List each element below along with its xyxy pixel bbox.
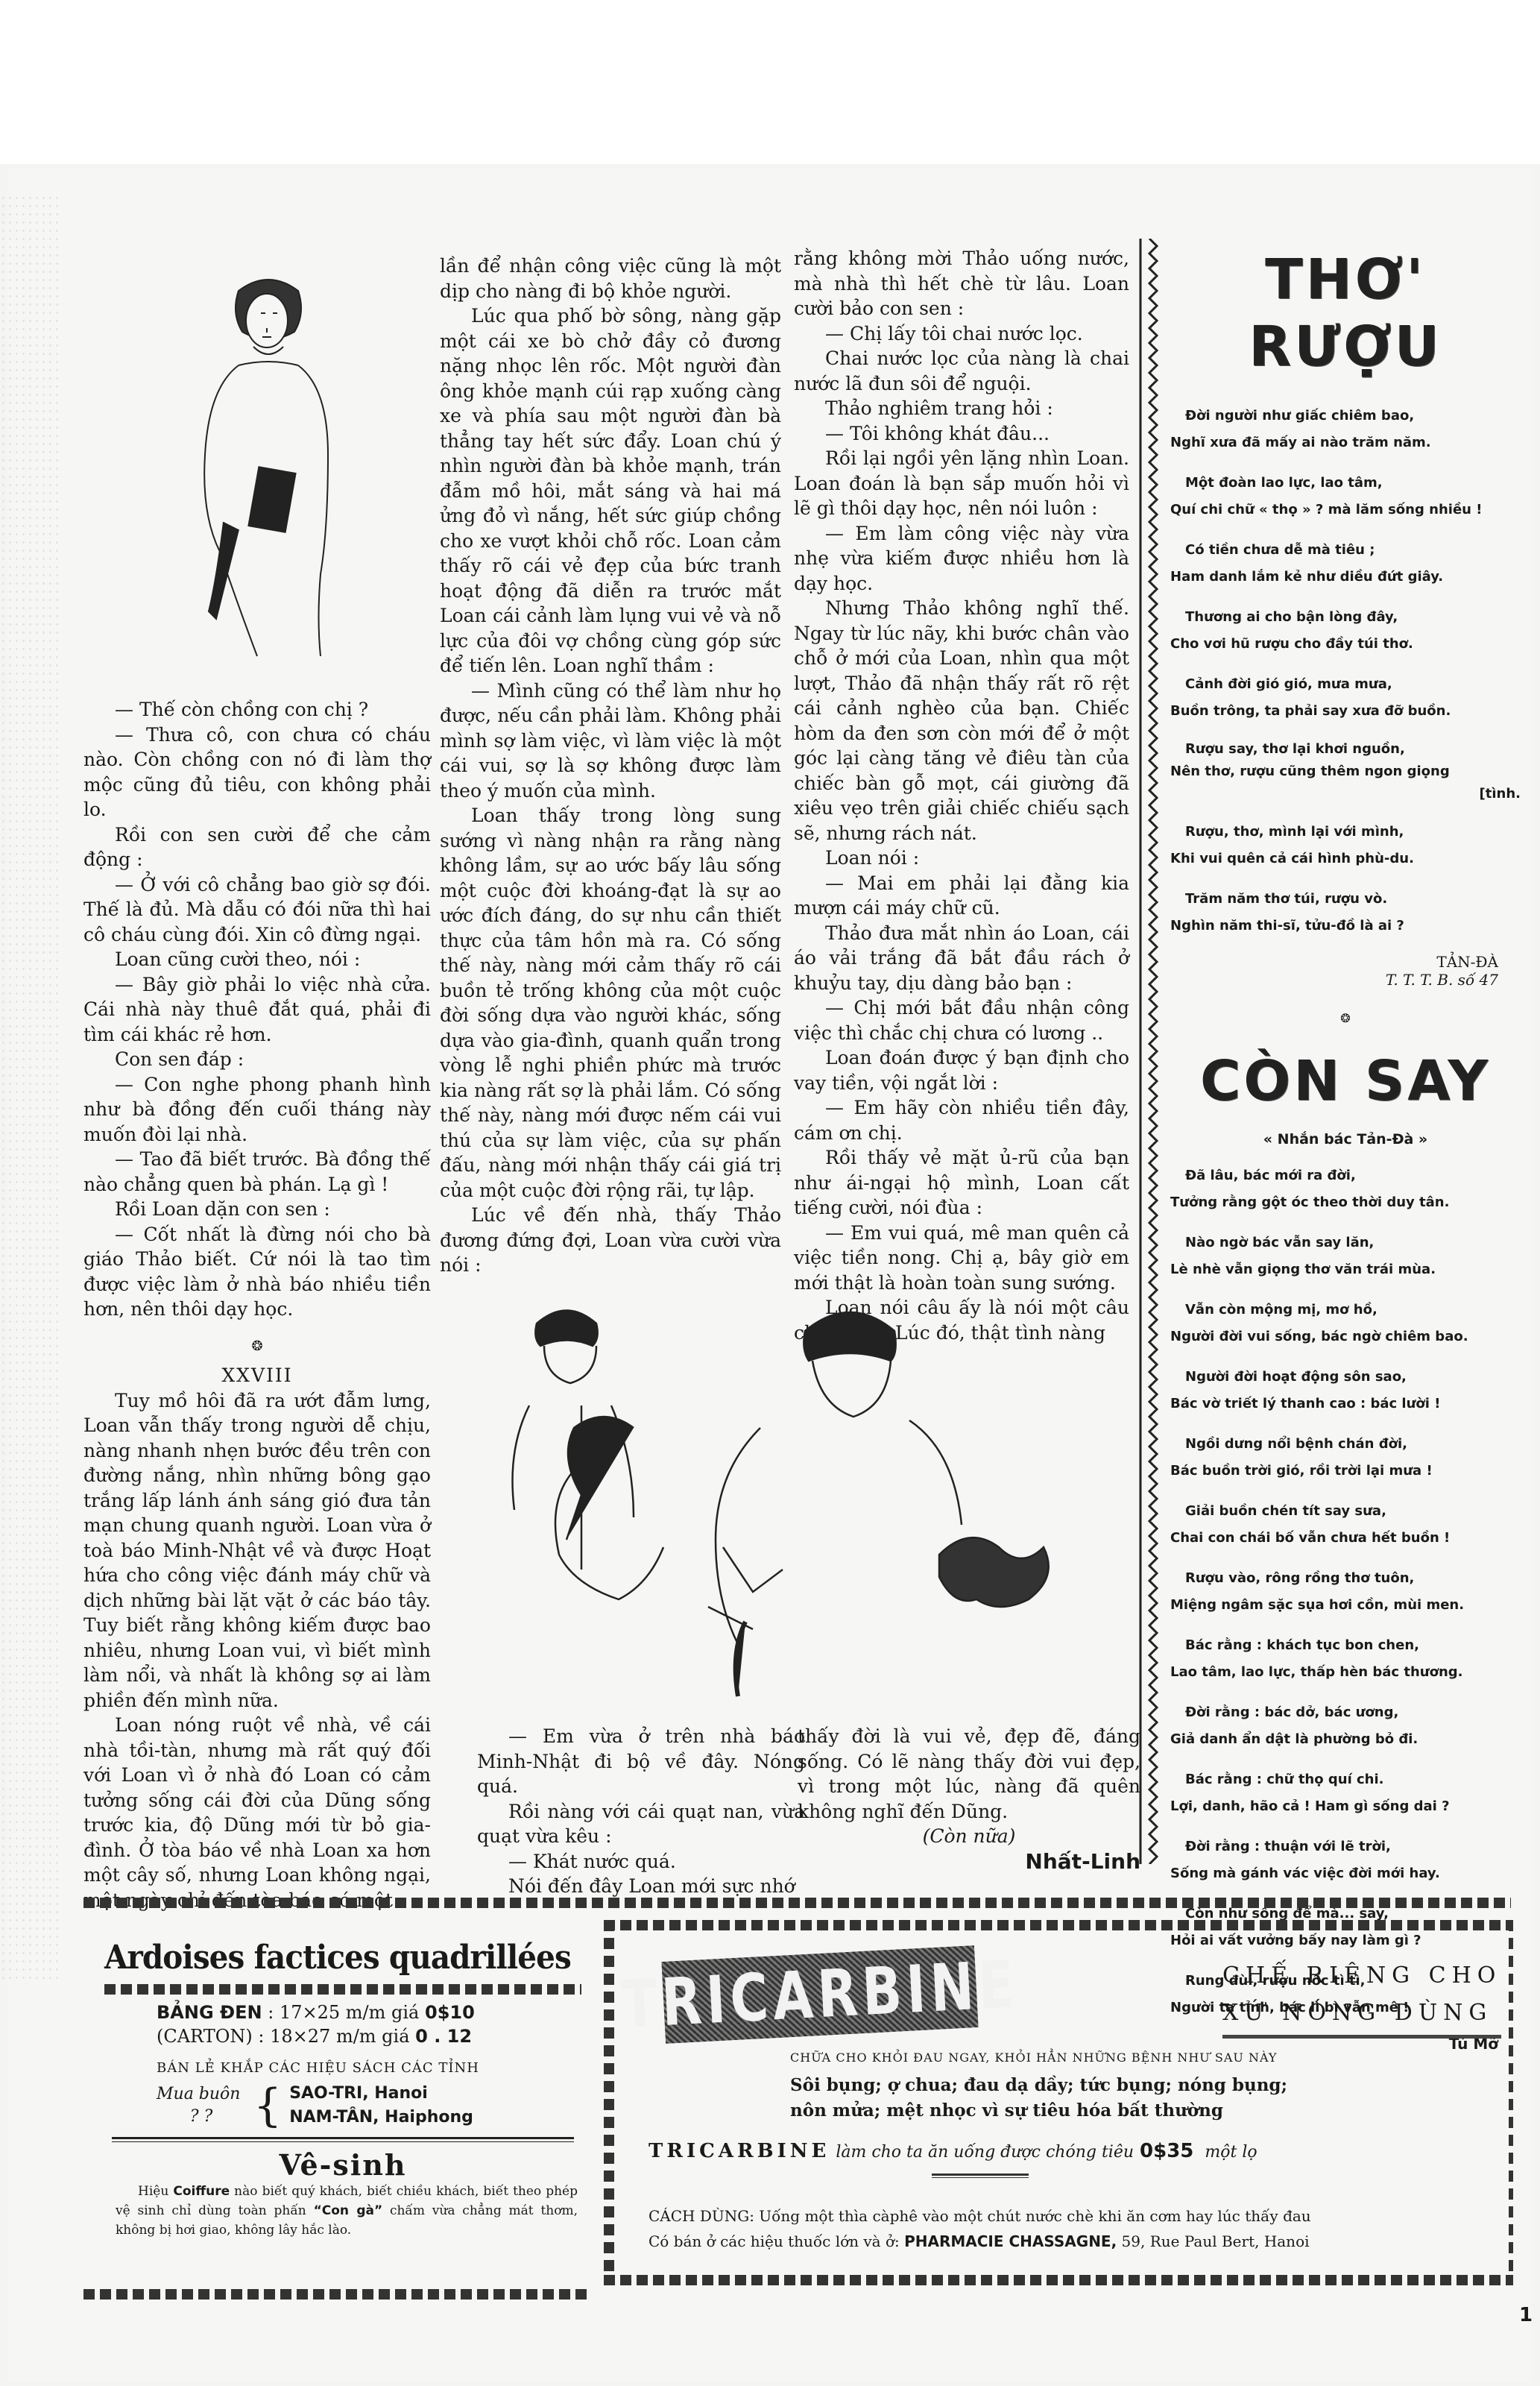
poem-line: Lợi, danh, hão cả ! Ham gì sống dai ?	[1170, 1793, 1521, 1820]
poem-stanza: Thương ai cho bận lòng đây,Cho vơi hũ rư…	[1170, 604, 1521, 658]
paragraph: Rồi nàng với cái quạt nan, vừa quạt vừa …	[477, 1799, 805, 1849]
poem-line: Vẫn còn mộng mị, mơ hồ,	[1170, 1297, 1521, 1323]
paragraph: Loan nóng ruột về nhà, về cái nhà tồi-tà…	[83, 1713, 431, 1913]
poem-title-tho-ruou: THƠ' RƯỢU	[1170, 246, 1521, 380]
poem-source: T. T. T. B. số 47	[1170, 971, 1498, 989]
illustration-girl-with-book	[149, 261, 395, 671]
poem-line: Có tiền chưa dễ mà tiêu ;	[1170, 537, 1521, 564]
paragraph: — Con nghe phong phanh hình như bà đồng …	[83, 1072, 431, 1148]
wholesale-question: ? ?	[157, 2106, 246, 2128]
poem-line: Cảnh đời gió gió, mưa mưa,	[1170, 671, 1521, 698]
checker-border	[604, 2275, 1513, 2285]
poem-stanza: Đời rằng : thuận với lẽ trời,Sống mà gán…	[1170, 1833, 1521, 1887]
paragraph: — Cốt nhất là đừng nói cho bà giáo Thảo …	[83, 1222, 431, 1322]
poem-stanza: Một đoàn lao lực, lao tâm,Quí chi chữ « …	[1170, 470, 1521, 523]
poem-stanza: Ngồi dưng nổi bệnh chán đời,Bác buồn trờ…	[1170, 1431, 1521, 1485]
poem-stanza: Rượu vào, rông rồng thơ tuôn,Miệng ngâm …	[1170, 1565, 1521, 1619]
scan-speckle	[0, 194, 60, 1983]
poem-stanza: Cảnh đời gió gió, mưa mưa,Buồn trông, ta…	[1170, 671, 1521, 725]
ad-slates-title: Ardoises factices quadrillées	[104, 1939, 543, 1977]
double-rule	[112, 2137, 574, 2142]
poem-line: Bác rằng : chữ thọ quí chi.	[1170, 1766, 1521, 1793]
poem-line: Giải buồn chén tít say sưa,	[1170, 1498, 1521, 1525]
checker-divider	[83, 1898, 1511, 1908]
paragraph: Lúc về đến nhà, thấy Thảo đương đứng đợi…	[440, 1203, 781, 1278]
paragraph: Thảo đưa mắt nhìn áo Loan, cái áo vải tr…	[794, 921, 1129, 996]
ad-vesinh-text: Hiệu Coiffure nào biết quý khách, biết c…	[116, 2182, 578, 2240]
poem-subtitle: « Nhắn bác Tản-Đà »	[1170, 1131, 1521, 1148]
poem-line: Nghìn năm thi-sĩ, tửu-đồ là ai ?	[1170, 913, 1521, 939]
retail-note: BÁN LẺ KHẮP CÁC HIỆU SÁCH CÁC TỈNH	[157, 2060, 581, 2076]
poem-stanza: Vẫn còn mộng mị, mơ hồ,Người đời vui sốn…	[1170, 1297, 1521, 1350]
paragraph: — Thưa cô, con chưa có cháu nào. Còn chồ…	[83, 723, 431, 822]
poem-line: Đời người như giấc chiêm bao,	[1170, 403, 1521, 429]
product-size: : 18×27 m/m giá	[258, 2026, 409, 2047]
poem-stanza: Giải buồn chén tít say sưa,Chai con chái…	[1170, 1498, 1521, 1552]
paragraph: — Em hãy còn nhiều tiền đây, cám ơn chị.	[794, 1095, 1129, 1145]
paragraph: — Khát nước quá.	[477, 1849, 805, 1875]
wholesale-label: Mua buôn? ?	[157, 2083, 246, 2128]
store-name: PHARMACIE CHASSAGNE,	[904, 2232, 1117, 2250]
product-price: 0 . 12	[415, 2026, 472, 2047]
poem-line: Ham danh lắm kẻ như diều đứt giây.	[1170, 564, 1521, 591]
address: NAM-TÂN, Haiphong	[289, 2106, 473, 2130]
zigzag-border	[1139, 239, 1161, 1864]
paragraph: Chai nước lọc của nàng là chai nước lã đ…	[794, 346, 1129, 396]
ad-usage: CÁCH DÙNG: Uống một thìa càphê vào một c…	[648, 2203, 1311, 2254]
paragraph: Nói đến đây Loan mới sực nhớ	[477, 1874, 805, 1899]
checker-divider	[83, 2289, 590, 2300]
poem-line: Rượu vào, rông rồng thơ tuôn,	[1170, 1565, 1521, 1592]
product-label: BẢNG ĐEN	[157, 2002, 262, 2023]
paragraph: — Em vui quá, mê man quên cả việc tiền n…	[794, 1221, 1129, 1296]
poem-line: [tình.	[1170, 783, 1521, 805]
paragraph: — Chị mới bắt đầu nhận công việc thì chắ…	[794, 995, 1129, 1045]
price-line: BẢNG ĐEN : 17×25 m/m giá 0$10	[157, 2002, 581, 2023]
paragraph: rằng không mời Thảo uống nước, mà nhà th…	[794, 246, 1129, 321]
paragraph: — Mai em phải lại đằng kia mượn cái máy …	[794, 871, 1129, 921]
text: Hiệu	[138, 2184, 173, 2199]
poem-line: Giả danh ẩn dật là phường bỏ đi.	[1170, 1726, 1521, 1753]
poem-stanza: Có tiền chưa dễ mà tiêu ;Ham danh lắm kẻ…	[1170, 537, 1521, 591]
to-be-continued: (Còn nữa)	[798, 1824, 1140, 1849]
checker-divider	[104, 1984, 581, 1995]
text-bold: Coiffure	[173, 2184, 230, 2199]
poem-line: Nghĩ xưa đã mấy ai nào trăm năm.	[1170, 429, 1521, 456]
poem-author: TẢN-ĐÀ	[1170, 953, 1498, 971]
symptoms-line: Sôi bụng; ợ chua; đau dạ dầy; tức bụng; …	[790, 2073, 1287, 2098]
poem-line: Cho vơi hũ rượu cho đầy túi thơ.	[1170, 631, 1521, 658]
product-price: 0$10	[425, 2002, 475, 2023]
novel-column-2: lần để nhận công việc cũng là một dịp ch…	[440, 254, 781, 1278]
poem-title-con-say: CÒN SAY	[1170, 1048, 1521, 1115]
ad-tricarbine: TRICARBINE CHẾ RIÊNG CHOXỨ NÓNG DÙNG CHỮ…	[604, 1920, 1513, 2285]
poem-stanza: Trăm năm thơ túi, rượu vò.Nghìn năm thi-…	[1170, 886, 1521, 939]
paragraph: Loan cũng cười theo, nói :	[83, 947, 431, 972]
ad-vesinh-title: Vê-sinh	[104, 2148, 581, 2182]
poem-line: Đã lâu, bác mới ra đời,	[1170, 1162, 1521, 1189]
paragraph: Lúc qua phố bờ sông, nàng gặp một cái xe…	[440, 303, 781, 679]
symptoms-line: nôn mửa; mệt nhọc vì sự tiêu hóa bất thư…	[790, 2098, 1287, 2124]
tagline-2: XỨ NÓNG DÙNG	[1222, 1995, 1501, 2032]
paragraph: Tuy mồ hôi đã ra ướt đẫm lưng, Loan vẫn …	[83, 1388, 431, 1713]
paragraph: — Em vừa ở trên nhà báo Minh-Nhật đi bộ …	[477, 1724, 805, 1799]
ad-symptoms: Sôi bụng; ợ chua; đau dạ dầy; tức bụng; …	[790, 2073, 1287, 2124]
usage-text: Uống một thìa càphê vào một chút nước ch…	[754, 2207, 1311, 2225]
price-line: (CARTON) : 18×27 m/m giá 0 . 12	[157, 2026, 581, 2047]
poem-line: Trăm năm thơ túi, rượu vò.	[1170, 886, 1521, 913]
poem-line: Buồn trông, ta phải say xưa đỡ buồn.	[1170, 698, 1521, 725]
paragraph: — Tôi không khát đâu...	[794, 421, 1129, 447]
price-description: làm cho ta ăn uống được chóng tiêu	[836, 2143, 1134, 2162]
poem-stanza: Đời người như giấc chiêm bao,Nghĩ xưa đã…	[1170, 403, 1521, 456]
paragraph: — Chị lấy tôi chai nước lọc.	[794, 321, 1129, 347]
poem-stanza: Bác rằng : khách tục bon chen,Lao tâm, l…	[1170, 1632, 1521, 1686]
sold-at-line: Có bán ở các hiệu thuốc lớn và ở: PHARMA…	[648, 2229, 1311, 2254]
poem-stanza: Đời rằng : bác dở, bác ương,Giả danh ẩn …	[1170, 1699, 1521, 1753]
novel-column-1: — Thế còn chồng con chị ? — Thưa cô, con…	[83, 697, 431, 1913]
product-label: (CARTON)	[157, 2026, 253, 2047]
ad-tagline: CHẾ RIÊNG CHOXỨ NÓNG DÙNG	[1222, 1957, 1501, 2039]
paragraph: — Thế còn chồng con chị ?	[83, 697, 431, 723]
ad-cures-heading: CHỮA CHO KHỎI ĐAU NGAY, KHỎI HẲN NHỮNG B…	[790, 2050, 1277, 2065]
poem-line: Người đời hoạt động sôn sao,	[1170, 1364, 1521, 1391]
paragraph: Nhưng Thảo không nghĩ thế. Ngay từ lúc n…	[794, 596, 1129, 846]
poem-line: Rượu say, thơ lại khơi nguồn,	[1170, 738, 1521, 761]
sold-text: Có bán ở các hiệu thuốc lớn và ở:	[648, 2232, 904, 2250]
poem-line: Bác rằng : khách tục bon chen,	[1170, 1632, 1521, 1659]
poem-line: Quí chi chữ « thọ » ? mà lăm sống nhiều …	[1170, 497, 1521, 523]
novel-column-3: rằng không mời Thảo uống nước, mà nhà th…	[794, 246, 1129, 1345]
product-size: : 17×25 m/m giá	[268, 2002, 419, 2023]
paragraph: Rồi thấy vẻ mặt ủ-rũ của bạn như ái-ngại…	[794, 1145, 1129, 1221]
address: SAO-TRI, Hanoi	[289, 2082, 473, 2106]
usage-label: CÁCH DÙNG:	[648, 2207, 754, 2225]
poem-stanza: Người đời hoạt động sôn sao,Bác vờ triết…	[1170, 1364, 1521, 1417]
poem-line: Rượu, thơ, mình lại với mình,	[1170, 819, 1521, 846]
paragraph: — Mình cũng có thể làm như họ được, nếu …	[440, 679, 781, 804]
poem-line: Bác buồn trời gió, rồi trời lại mưa !	[1170, 1458, 1521, 1485]
checker-border	[1509, 1920, 1513, 2285]
poem-stanza: Rượu say, thơ lại khơi nguồn,Nên thơ, rư…	[1170, 738, 1521, 805]
usage-line: CÁCH DÙNG: Uống một thìa càphê vào một c…	[648, 2203, 1311, 2229]
brand-name: TRICARBINE	[648, 2140, 830, 2162]
poem-stanza: Bác rằng : chữ thọ quí chi.Lợi, danh, hã…	[1170, 1766, 1521, 1820]
paragraph: Rồi con sen cười để che cảm động :	[83, 822, 431, 872]
poem-stanza: Rượu, thơ, mình lại với mình,Khi vui quê…	[1170, 819, 1521, 872]
checker-border	[604, 1920, 1513, 1930]
page-number: 1	[1519, 2304, 1533, 2326]
novel-column-3-bottom: thấy đời là vui vẻ, đẹp đẽ, đáng sống. C…	[798, 1724, 1140, 1874]
paragraph: Con sen đáp :	[83, 1047, 431, 1072]
ornament-icon: ❂	[83, 1334, 431, 1359]
poem-stanza: Nào ngờ bác vẫn say lăn,Lè nhè vẫn giọng…	[1170, 1230, 1521, 1283]
wholesale-info: Mua buôn? ? { SAO-TRI, HanoiNAM-TÂN, Hai…	[157, 2082, 581, 2130]
paragraph: Thảo nghiêm trang hỏi :	[794, 396, 1129, 421]
poem-line: Nên thơ, rượu cũng thêm ngon giọng	[1170, 761, 1521, 783]
text-bold: “Con gà”	[314, 2203, 383, 2218]
tagline-1: CHẾ RIÊNG CHO	[1222, 1957, 1501, 1995]
paragraph: Loan đoán được ý bạn định cho vay tiền, …	[794, 1045, 1129, 1095]
poem-sidebar: THƠ' RƯỢU Đời người như giấc chiêm bao,N…	[1170, 246, 1521, 2053]
poem-line: Bác vờ triết lý thanh cao : bác lười !	[1170, 1391, 1521, 1417]
chapter-heading: XXVIII	[83, 1363, 431, 1388]
paragraph: Rồi lại ngồi yên lặng nhìn Loan. Loan đo…	[794, 446, 1129, 521]
ornament-icon: ❂	[1170, 1011, 1521, 1025]
brace-icon: {	[253, 2083, 282, 2128]
poem-line: Lao tâm, lao lực, thấp hèn bác thương.	[1170, 1659, 1521, 1686]
poem-line: Đời rằng : thuận với lẽ trời,	[1170, 1833, 1521, 1860]
paragraph: Loan nói :	[794, 846, 1129, 871]
poem-line: Ngồi dưng nổi bệnh chán đời,	[1170, 1431, 1521, 1458]
novel-column-2-bottom: — Em vừa ở trên nhà báo Minh-Nhật đi bộ …	[477, 1724, 805, 1899]
scan-margin	[0, 0, 1540, 164]
poem-line: Một đoàn lao lực, lao tâm,	[1170, 470, 1521, 497]
poem-line: Thương ai cho bận lòng đây,	[1170, 604, 1521, 631]
wholesale-text: Mua buôn	[157, 2083, 246, 2106]
double-rule	[932, 2173, 1029, 2178]
price-unit: một lọ	[1205, 2143, 1257, 2162]
paragraph: — Tao đã biết trước. Bà đồng thế nào chẳ…	[83, 1147, 431, 1197]
ad-price-line: TRICARBINElàm cho ta ăn uống được chóng …	[648, 2140, 1263, 2162]
store-address: 59, Rue Paul Bert, Hanoi	[1117, 2232, 1309, 2250]
poem-stanza: Đã lâu, bác mới ra đời,Tưởng rằng gột óc…	[1170, 1162, 1521, 1216]
checker-border	[604, 1920, 614, 2285]
poem-line: Miệng ngâm sặc sụa hơi cồn, mùi men.	[1170, 1592, 1521, 1619]
paragraph: — Bây giờ phải lo việc nhà cửa. Cái nhà …	[83, 972, 431, 1048]
wholesale-addresses: SAO-TRI, HanoiNAM-TÂN, Haiphong	[289, 2082, 473, 2130]
poem-line: Sống mà gánh vác việc đời mới hay.	[1170, 1860, 1521, 1887]
illustration-two-women-scene	[477, 1294, 1133, 1719]
paragraph: Rồi Loan dặn con sen :	[83, 1197, 431, 1222]
poem-line: Khi vui quên cả cái hình phù-du.	[1170, 846, 1521, 872]
paragraph: lần để nhận công việc cũng là một dịp ch…	[440, 254, 781, 303]
poem-line: Nào ngờ bác vẫn say lăn,	[1170, 1230, 1521, 1256]
paragraph: thấy đời là vui vẻ, đẹp đẽ, đáng sống. C…	[798, 1724, 1140, 1824]
poem-line: Người đời vui sống, bác ngờ chiêm bao.	[1170, 1323, 1521, 1350]
paragraph: — Em làm công việc này vừa nhẹ vừa kiếm …	[794, 521, 1129, 596]
tricarbine-logo: TRICARBINE	[661, 1945, 978, 2044]
ad-slates: Ardoises factices quadrillées BẢNG ĐEN :…	[104, 1939, 581, 2240]
poem-line: Đời rằng : bác dở, bác ương,	[1170, 1699, 1521, 1726]
poem-line: Chai con chái bố vẫn chưa hết buồn !	[1170, 1525, 1521, 1552]
poem-line: Tưởng rằng gột óc theo thời duy tân.	[1170, 1189, 1521, 1216]
price: 0$35	[1140, 2140, 1193, 2162]
brand-name: TRICARBINE	[619, 1946, 1020, 2043]
author-signature: Nhất-Linh	[798, 1849, 1140, 1875]
paragraph: — Ở với cô chẳng bao giờ sợ đói. Thế là …	[83, 872, 431, 948]
paragraph: Loan thấy trong lòng sung sướng vì nàng …	[440, 803, 781, 1203]
poem-line: Lè nhè vẫn giọng thơ văn trái mùa.	[1170, 1256, 1521, 1283]
